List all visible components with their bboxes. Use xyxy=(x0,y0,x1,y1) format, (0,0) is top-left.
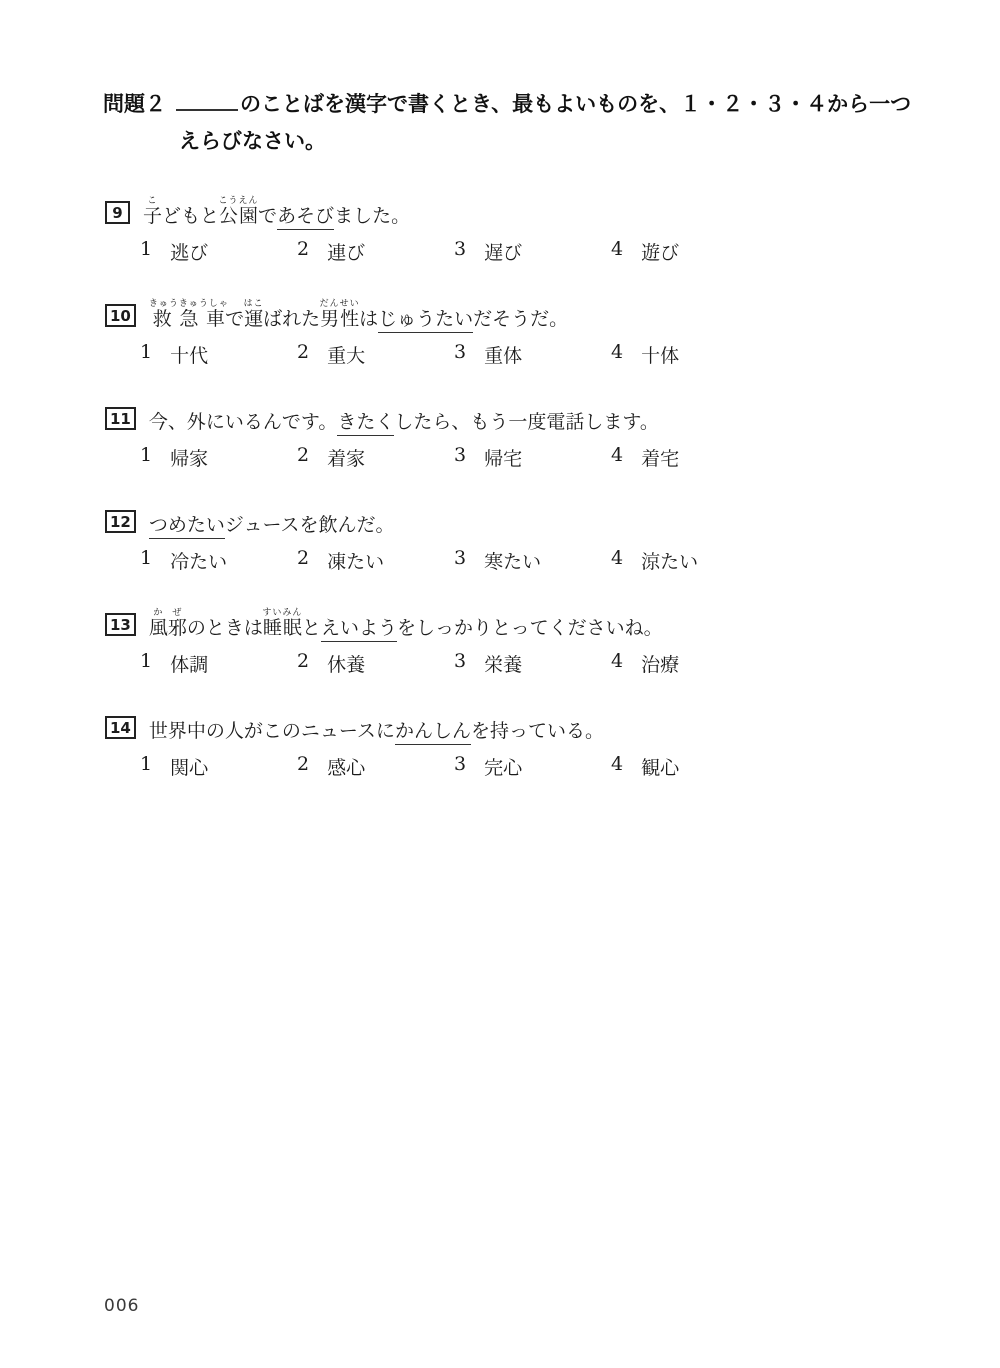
blank-underline xyxy=(176,90,238,111)
underlined-word: かんしん xyxy=(395,720,471,745)
option-text: 重大 xyxy=(327,341,365,367)
text-segment: は xyxy=(359,308,378,330)
furigana-reading: すいみん xyxy=(262,608,302,618)
option-text: 着家 xyxy=(327,444,365,470)
furigana-word: 男性だんせい xyxy=(320,308,359,330)
option-text: 遅び xyxy=(484,238,522,264)
option-number: 1 xyxy=(140,238,152,264)
option-number: 3 xyxy=(454,753,466,779)
options-row: 1逃び2連び3遅び4遊び xyxy=(140,238,905,264)
option-number: 3 xyxy=(454,341,466,367)
option-number: 2 xyxy=(297,341,309,367)
option-number: 2 xyxy=(297,444,309,470)
furigana-reading: きゅうきゅうしゃ xyxy=(149,299,229,309)
underlined-word: あそび xyxy=(277,205,334,230)
option-number: 2 xyxy=(297,753,309,779)
question-text: 救急車きゅうきゅうしゃで運はこばれた男性だんせいはじゅうたいだそうだ。 xyxy=(149,299,568,329)
answer-option: 3重体 xyxy=(454,341,611,367)
answer-option: 1逃び xyxy=(140,238,297,264)
text-segment: したら、もう一度電話します。 xyxy=(394,411,658,433)
furigana-word: 風邪かぜ xyxy=(149,617,187,639)
answer-option: 3遅び xyxy=(454,238,611,264)
text-segment: どもと xyxy=(162,205,219,227)
option-text: 涼たい xyxy=(641,547,698,573)
option-text: 連び xyxy=(327,238,365,264)
answer-option: 1冷たい xyxy=(140,547,297,573)
underlined-word: きたく xyxy=(337,411,394,436)
instruction-line-1: 問題２のことばを漢字で書くとき、最もよいものを、１・２・３・４から一つ xyxy=(103,86,913,123)
text-segment: 今、外にいるんです。 xyxy=(149,411,337,433)
question-number: 13 xyxy=(105,613,136,636)
option-number: 2 xyxy=(297,650,309,676)
option-text: 完心 xyxy=(484,753,522,779)
page-number: 006 xyxy=(104,1296,139,1316)
question-block: 10救急車きゅうきゅうしゃで運はこばれた男性だんせいはじゅうたいだそうだ。1十代… xyxy=(105,285,905,367)
furigana-reading: かぜ xyxy=(149,608,187,618)
text-segment: をしっかりとってくださいね。 xyxy=(397,617,663,639)
option-number: 3 xyxy=(454,238,466,264)
option-number: 1 xyxy=(140,753,152,779)
question-block: 11今、外にいるんです。きたくしたら、もう一度電話します。1帰家2着家3帰宅4着… xyxy=(105,388,905,470)
underlined-word: えいよう xyxy=(321,617,397,642)
answer-option: 2休養 xyxy=(297,650,454,676)
question-number: 12 xyxy=(105,510,136,533)
answer-option: 1関心 xyxy=(140,753,297,779)
option-number: 4 xyxy=(611,650,623,676)
question-number: 9 xyxy=(105,201,130,224)
answer-option: 4遊び xyxy=(611,238,768,264)
question-text: 風邪かぜのときは睡眠すいみんとえいようをしっかりとってくださいね。 xyxy=(149,608,663,638)
option-text: 関心 xyxy=(170,753,208,779)
answer-option: 2凍たい xyxy=(297,547,454,573)
text-segment: と xyxy=(302,617,321,639)
furigana-word: 運はこ xyxy=(244,308,263,330)
option-number: 4 xyxy=(611,444,623,470)
option-text: 凍たい xyxy=(327,547,384,573)
option-text: 十体 xyxy=(641,341,679,367)
answer-option: 2重大 xyxy=(297,341,454,367)
answer-option: 3完心 xyxy=(454,753,611,779)
document-page: 問題２のことばを漢字で書くとき、最もよいものを、１・２・３・４から一つ えらびな… xyxy=(0,0,1000,1368)
text-segment: ばれた xyxy=(263,308,320,330)
question-line: 13風邪かぜのときは睡眠すいみんとえいようをしっかりとってくださいね。 xyxy=(105,594,905,638)
question-number: 10 xyxy=(105,304,136,327)
option-text: 重体 xyxy=(484,341,522,367)
furigana-word: 睡眠すいみん xyxy=(263,617,302,639)
option-number: 4 xyxy=(611,341,623,367)
option-number: 3 xyxy=(454,650,466,676)
option-number: 1 xyxy=(140,444,152,470)
option-text: 治療 xyxy=(641,650,679,676)
question-number: 14 xyxy=(105,716,136,739)
question-line: 9子こどもと公園こうえんであそびました。 xyxy=(105,182,905,226)
option-text: 十代 xyxy=(170,341,208,367)
question-block: 9子こどもと公園こうえんであそびました。1逃び2連び3遅び4遊び xyxy=(105,182,905,264)
text-segment: を持っている。 xyxy=(471,720,604,742)
option-text: 逃び xyxy=(170,238,208,264)
answer-option: 2着家 xyxy=(297,444,454,470)
answer-option: 4涼たい xyxy=(611,547,768,573)
text-segment: で xyxy=(258,205,277,227)
furigana-word: 子こ xyxy=(143,205,162,227)
question-number: 11 xyxy=(105,407,136,430)
text-segment: だそうだ。 xyxy=(473,308,568,330)
option-number: 4 xyxy=(611,238,623,264)
option-number: 4 xyxy=(611,753,623,779)
question-line: 11今、外にいるんです。きたくしたら、もう一度電話します。 xyxy=(105,388,905,432)
text-segment: ました。 xyxy=(334,205,410,227)
option-text: 観心 xyxy=(641,753,679,779)
option-number: 3 xyxy=(454,444,466,470)
option-number: 2 xyxy=(297,547,309,573)
option-number: 1 xyxy=(140,547,152,573)
option-text: 体調 xyxy=(170,650,208,676)
option-text: 遊び xyxy=(641,238,679,264)
furigana-word: 救急車きゅうきゅうしゃ xyxy=(149,308,225,330)
options-row: 1体調2休養3栄養4治療 xyxy=(140,650,905,676)
question-line: 14世界中の人がこのニュースにかんしんを持っている。 xyxy=(105,697,905,741)
answer-option: 4着宅 xyxy=(611,444,768,470)
question-block: 12つめたいジュースを飲んだ。1冷たい2凍たい3寒たい4涼たい xyxy=(105,491,905,573)
text-segment: 世界中の人がこのニュースに xyxy=(149,720,395,742)
option-text: 感心 xyxy=(327,753,365,779)
answer-option: 1十代 xyxy=(140,341,297,367)
option-number: 3 xyxy=(454,547,466,573)
option-text: 帰宅 xyxy=(484,444,522,470)
furigana-word: 公園こうえん xyxy=(219,205,258,227)
options-row: 1関心2感心3完心4観心 xyxy=(140,753,905,779)
option-number: 4 xyxy=(611,547,623,573)
furigana-reading: はこ xyxy=(244,299,264,309)
option-text: 着宅 xyxy=(641,444,679,470)
question-text: つめたいジュースを飲んだ。 xyxy=(149,516,395,535)
answer-option: 3寒たい xyxy=(454,547,611,573)
answer-option: 3栄養 xyxy=(454,650,611,676)
underlined-word: じゅうたい xyxy=(378,308,473,333)
answer-option: 3帰宅 xyxy=(454,444,611,470)
option-text: 寒たい xyxy=(484,547,541,573)
answer-option: 2連び xyxy=(297,238,454,264)
answer-option: 1帰家 xyxy=(140,444,297,470)
option-text: 休養 xyxy=(327,650,365,676)
option-text: 栄養 xyxy=(484,650,522,676)
option-number: 1 xyxy=(140,341,152,367)
furigana-reading: こ xyxy=(143,196,162,206)
question-block: 14世界中の人がこのニュースにかんしんを持っている。1関心2感心3完心4観心 xyxy=(105,697,905,779)
answer-option: 4治療 xyxy=(611,650,768,676)
text-segment: ジュースを飲んだ。 xyxy=(225,514,395,536)
question-text: 今、外にいるんです。きたくしたら、もう一度電話します。 xyxy=(149,413,659,432)
options-row: 1十代2重大3重体4十体 xyxy=(140,341,905,367)
questions-list: 9子こどもと公園こうえんであそびました。1逃び2連び3遅び4遊び10救急車きゅう… xyxy=(105,182,905,800)
option-text: 冷たい xyxy=(170,547,227,573)
option-number: 1 xyxy=(140,650,152,676)
question-block: 13風邪かぜのときは睡眠すいみんとえいようをしっかりとってくださいね。1体調2休… xyxy=(105,594,905,676)
options-row: 1帰家2着家3帰宅4着宅 xyxy=(140,444,905,470)
furigana-reading: だんせい xyxy=(320,299,360,309)
instruction-text: のことばを漢字で書くとき、最もよいものを、１・２・３・４から一つ xyxy=(240,92,911,116)
underlined-word: つめたい xyxy=(149,514,225,539)
question-text: 世界中の人がこのニュースにかんしんを持っている。 xyxy=(149,722,604,741)
furigana-reading: こうえん xyxy=(219,196,259,206)
section-header: 問題２のことばを漢字で書くとき、最もよいものを、１・２・３・４から一つ えらびな… xyxy=(103,86,913,160)
answer-option: 4観心 xyxy=(611,753,768,779)
option-text: 帰家 xyxy=(170,444,208,470)
answer-option: 4十体 xyxy=(611,341,768,367)
text-segment: で xyxy=(225,308,244,330)
answer-option: 1体調 xyxy=(140,650,297,676)
text-segment: のときは xyxy=(187,617,263,639)
question-text: 子こどもと公園こうえんであそびました。 xyxy=(143,196,410,226)
question-line: 10救急車きゅうきゅうしゃで運はこばれた男性だんせいはじゅうたいだそうだ。 xyxy=(105,285,905,329)
problem-number-label: 問題２ xyxy=(103,92,166,116)
instruction-line-2: えらびなさい。 xyxy=(103,123,913,160)
options-row: 1冷たい2凍たい3寒たい4涼たい xyxy=(140,547,905,573)
question-line: 12つめたいジュースを飲んだ。 xyxy=(105,491,905,535)
answer-option: 2感心 xyxy=(297,753,454,779)
option-number: 2 xyxy=(297,238,309,264)
